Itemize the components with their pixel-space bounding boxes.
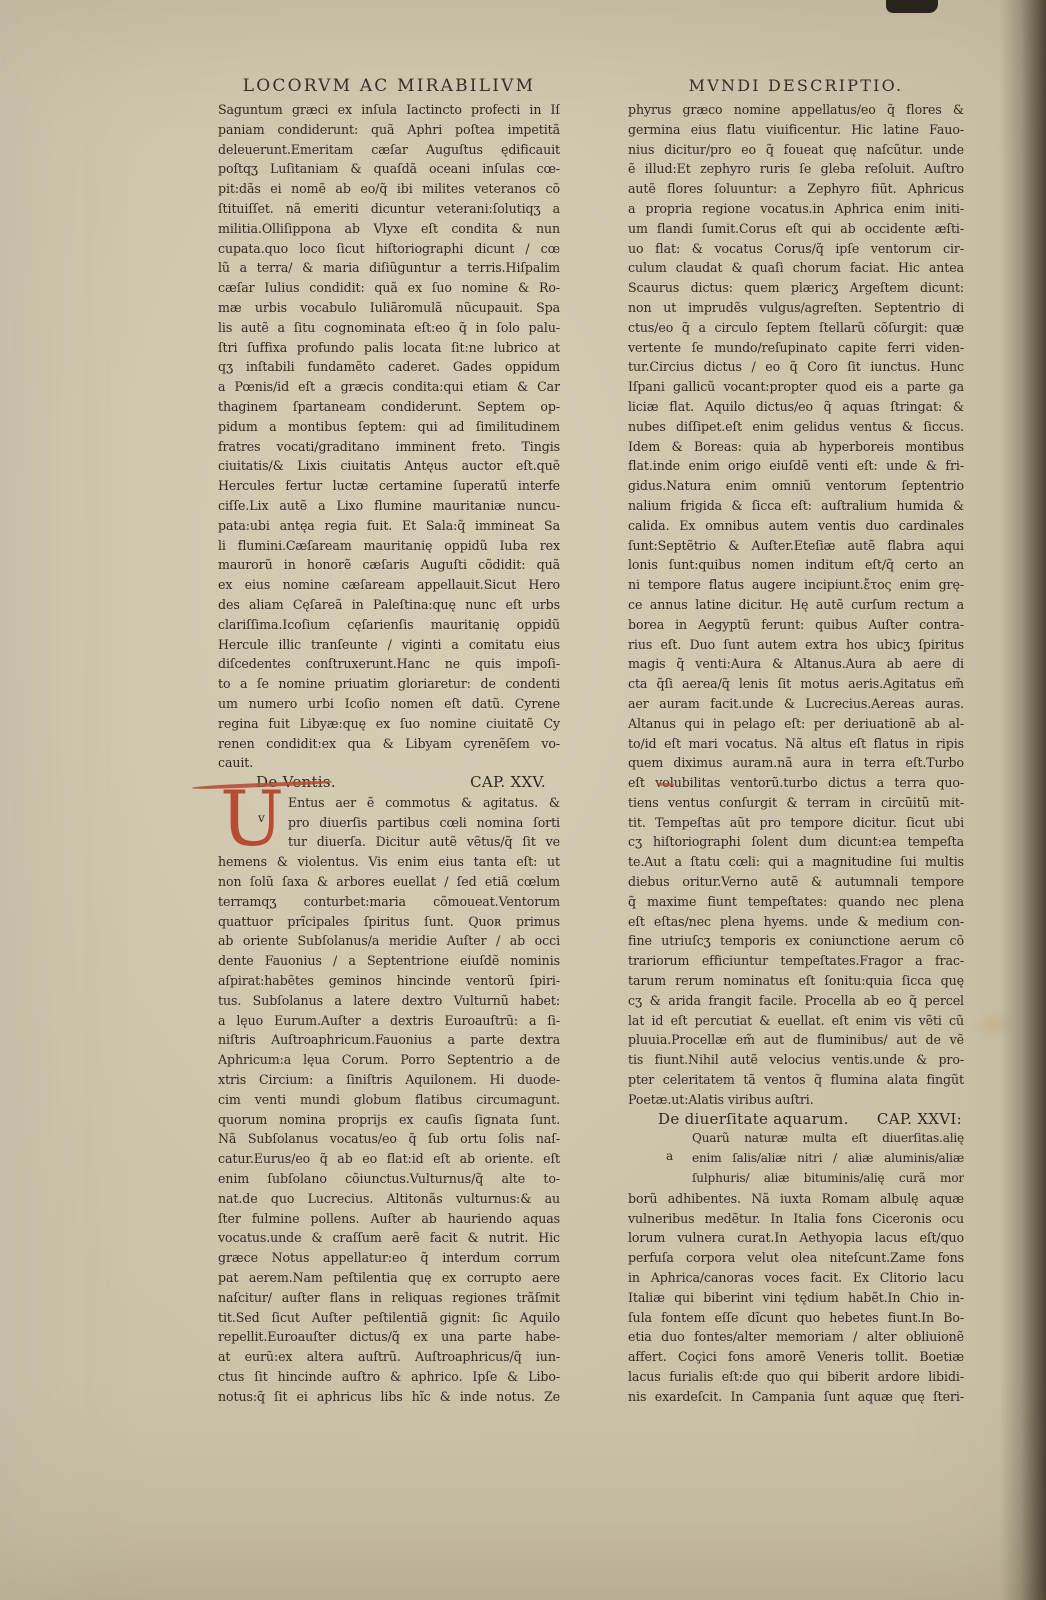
text-line: lorum vulnera curat.In Aethyopia lacus e…	[628, 1228, 964, 1248]
text-line: fratres vocati/graditano imminent freto.…	[218, 437, 560, 457]
chapter-heading: De diuerſitate aquarum.CAP. XXVI:	[628, 1110, 964, 1130]
text-line: a Pœnis/id eſt a græcis condita:qui etia…	[218, 377, 560, 397]
text-line: trariorum efficiuntur tempeſtates.Fragor…	[628, 951, 964, 971]
text-line: aer auram facit.unde & Lucrecius.Aereas …	[628, 694, 964, 714]
text-line: um numero urbi Icoſio nomen eſt datũ. Cy…	[218, 694, 560, 714]
text-line: nat.de quo Lucrecius. Altitonãs vulturnu…	[218, 1189, 560, 1209]
text-line: q̃ maxime fiunt tempeſtates: quando nec …	[628, 892, 964, 912]
text-line: Hercules fertur luctæ certamine ſuperatũ…	[218, 476, 560, 496]
text-line: borũ adhibentes. Nã iuxta Romam albulę a…	[628, 1189, 964, 1209]
text-line: diſcedentes conſtruxerunt.Hanc ne quis i…	[218, 654, 560, 674]
scan-dark-corner	[886, 0, 938, 13]
text-line: qʒ inſtabili fundamẽto caderet. Gades op…	[218, 357, 560, 377]
text-line: tit.Sed ſicut Auſter peſtilentiã gignit:…	[218, 1308, 560, 1328]
text-line: thaginem ſpartaneam condiderunt. Septem …	[218, 397, 560, 417]
text-line: ctus/eo q̃ a circulo ſeptem ſtellarũ cõſ…	[628, 318, 964, 338]
rubricated-initial: U	[218, 784, 286, 856]
chapter-block: UvEntus aer ẽ commotus & agitatus. &pro …	[218, 793, 560, 1407]
text-line: lacus furialis eſt:de quo qui biberit ar…	[628, 1367, 964, 1387]
text-line: rius eſt. Duo ſunt autem extra hos ubicʒ…	[628, 635, 964, 655]
text-line: gidus.Natura enim omniũ ventorum ſeptent…	[628, 476, 964, 496]
text-line: ctus ſit hincinde auſtro & aphrico. Ipſe…	[218, 1367, 560, 1387]
text-line: lonis ſunt:quibus nomen inditum eſt/q̃ c…	[628, 555, 964, 575]
text-line: a propria regione vocatus.in Aphrica eni…	[628, 199, 964, 219]
text-line: in Aphrica/canoras voces facit. Ex Clito…	[628, 1268, 964, 1288]
text-line: calida. Ex omnibus autem ventis duo card…	[628, 516, 964, 536]
text-line: militia.Olliſippona ab Vlyxe eſt condita…	[218, 219, 560, 239]
text-line: tiens ventus conſurgit & terram in circũ…	[628, 793, 964, 813]
text-line: maurorũ in honorẽ cæſaris Auguſti cõdidi…	[218, 555, 560, 575]
text-line: eſt eſtas/nec plena hyems. unde & medium…	[628, 912, 964, 932]
text-line: pter celeritatem tã ventos q̃ flumina al…	[628, 1070, 964, 1090]
text-line: renen condidit:ex qua & Libyam cyrenẽſem…	[218, 734, 560, 754]
text-line: Scaurus dictus: quem plæricʒ Argeſtem di…	[628, 278, 964, 298]
text-line: culum claudat & quaſi chorum faciat. Hic…	[628, 258, 964, 278]
text-line: pidum a montibus ſeptem: qui ad ſimilitu…	[218, 417, 560, 437]
chapter-number: CAP. XXVI:	[877, 1110, 962, 1130]
text-line: etia duo fontes/alter memoriam / alter o…	[628, 1327, 964, 1347]
text-line: quattuor prĩcipales ſpiritus ſunt. Quoʀ …	[218, 912, 560, 932]
text-line: lat id eſt percutiat & euellat. eſt enim…	[628, 1011, 964, 1031]
text-line: Idem & Boreas: quia ab hyperboreis monti…	[628, 437, 964, 457]
text-line: um flandi ſumit.Corus eſt qui ab occiden…	[628, 219, 964, 239]
text-line: uo flat: & vocatus Corus/q̃ ipſe ventoru…	[628, 239, 964, 259]
text-line: vulneribus medẽtur. In Italia fons Cicer…	[628, 1209, 964, 1229]
text-line: a lęuo Eurum.Auſter a dextris Euroauſtrũ…	[218, 1011, 560, 1031]
text-line: perfuſa corpora velut olea niteſcunt.Zam…	[628, 1248, 964, 1268]
text-line: ſtituiſſet. nã emeriti dicuntur veterani…	[218, 199, 560, 219]
text-line: flat.inde enim origo eiuſdẽ venti eſt: u…	[628, 456, 964, 476]
text-line: enim ſubſolano cõiunctus.Vulturnus/q̃ al…	[218, 1169, 560, 1189]
text-line: terramqʒ conturbet:maria cõmoueat.Ventor…	[218, 892, 560, 912]
text-line: paniam condiderunt: quã Aphri poſtea imp…	[218, 120, 560, 140]
text-line: nalium frigida & ſicca eſt: auſtralium h…	[628, 496, 964, 516]
text-line: eſt volubilitas ventorũ.turbo dictus a t…	[628, 773, 964, 793]
text-line: vertente ſe mundo/reſupinato capite ferr…	[628, 338, 964, 358]
text-line: pluuia.Procellæ em̃ aut de fluminibus/ a…	[628, 1030, 964, 1050]
guide-letter: v	[258, 811, 265, 825]
text-line: li flumini.Cæſaream mauritanię oppidũ Iu…	[218, 536, 560, 556]
text-line: dente Fauonius / a Septentrione eiuſdẽ n…	[218, 951, 560, 971]
text-column-left: Saguntum græci ex inſula Iactincto profe…	[218, 100, 560, 1407]
text-line: poſtqʒ Luſitaniam & quaſdã oceani inſula…	[218, 159, 560, 179]
text-line: cim venti mundi globum flatibus circumag…	[218, 1090, 560, 1110]
running-title-left: LOCORVM AC MIRABILIVM	[218, 76, 560, 96]
text-line: Italiæ qui biberint vini tędium habẽt.In…	[628, 1288, 964, 1308]
text-line: liciæ flat. Aquilo dictus/eo q̃ aquas ſt…	[628, 397, 964, 417]
text-line: naſcitur/ auſter flans in reliquas regio…	[218, 1288, 560, 1308]
text-line: to/id eſt mari vocatus. Nã altus eſt fla…	[628, 734, 964, 754]
text-line: repellit.Euroauſter dictus/q̃ ex una par…	[218, 1327, 560, 1347]
text-line: tur.Circius dictus / eo q̃ Coro ſit iunc…	[628, 357, 964, 377]
text-line: cæſar Iulius condidit: quã ex ſuo nomine…	[218, 278, 560, 298]
page-edge-shadow	[1000, 0, 1046, 1600]
text-line: nubes diſſipet.eſt enim gelidus ventus &…	[628, 417, 964, 437]
text-line: enim ſalis/aliæ nitri / aliæ aluminis/al…	[628, 1149, 964, 1169]
book-page: LOCORVM AC MIRABILIVM MVNDI DESCRIPTIO. …	[0, 0, 1046, 1600]
text-line: deleuerunt.Emeritam cæſar Auguſtus ędifi…	[218, 140, 560, 160]
text-line: tit. Tempeſtas aũt pro tempore dicitur. …	[628, 813, 964, 833]
text-line: aſpirat:habẽtes geminos hincinde ventorũ…	[218, 971, 560, 991]
text-line: Poetæ.ut:Alatis viribus auſtri.	[628, 1090, 964, 1110]
text-line: ẽ illud:Et zephyro ruris ſe gleba reſolu…	[628, 159, 964, 179]
text-line: ſunt:Septẽtrio & Auſter.Eteſiæ autẽ flab…	[628, 536, 964, 556]
text-line: fine utriuſcʒ temporis ex coniunctione a…	[628, 931, 964, 951]
text-line: cupata.quo loco ſicut hiſtoriographi dic…	[218, 239, 560, 259]
text-line: borea in Aegyptũ ferunt: quibus Auſter c…	[628, 615, 964, 635]
text-line: græce Notus appellatur:eo q̃ interdum co…	[218, 1248, 560, 1268]
text-line: niſtris Auſtroaphricum.Fauonius a parte …	[218, 1030, 560, 1050]
text-line: ſulphuris/ aliæ bituminis/alię curã mor	[628, 1169, 964, 1189]
text-line: Saguntum græci ex inſula Iactincto profe…	[218, 100, 560, 120]
text-line: germina eius flatu viuificentur. Hic lat…	[628, 120, 964, 140]
text-line: phyrus græco nomine appellatus/eo q̃ flo…	[628, 100, 964, 120]
text-line: diebus oritur.Verno autẽ & autumnali tem…	[628, 872, 964, 892]
text-line: ſter fulmine pollens. Auſter ab hauriend…	[218, 1209, 560, 1229]
text-line: nis exardeſcit. In Campania ſunt aquæ qu…	[628, 1387, 964, 1407]
text-line: to a ſe nomine priuatim gloriaretur: de …	[218, 674, 560, 694]
text-line: ni tempore flatus augere incipiunt.ἔτος …	[628, 575, 964, 595]
chapter-block: aQuarũ naturæ multa eſt diuerſitas.alięe…	[628, 1129, 964, 1406]
text-line: pata:ubi antęa regia fuit. Et Sala:q̃ im…	[218, 516, 560, 536]
text-line: ex eius nomine cæſaream appellauit.Sicut…	[218, 575, 560, 595]
text-line: ce annus latine dicitur. Hę autẽ curſum …	[628, 595, 964, 615]
text-line: ſula fontem eſſe dĩcunt quo hebetes fiun…	[628, 1308, 964, 1328]
text-line: non ſolũ ſaxa & arbores euellat / ſed et…	[218, 872, 560, 892]
text-line: Iſpani gallicũ vocant:propter quod eis a…	[628, 377, 964, 397]
text-line: Quarũ naturæ multa eſt diuerſitas.alię	[628, 1129, 964, 1149]
text-line: des aliam Cęſareã in Paleſtina:quę nunc …	[218, 595, 560, 615]
text-line: xtris Circium: a ſiniſtris Aquilonem. Hi…	[218, 1070, 560, 1090]
text-line: cauit.	[218, 753, 560, 773]
text-line: ſtri ſuffixa profundo palis locata ſit:n…	[218, 338, 560, 358]
text-line: Hercule illic tranſeunte / viginti a com…	[218, 635, 560, 655]
text-line: nius dicitur/pro eo q̃ foueat quę naſcũt…	[628, 140, 964, 160]
text-line: cta q̃ſi aerea/q̃ lenis ſit motus aeris.…	[628, 674, 964, 694]
text-line: cʒ & arida frangit facile. Procella ab e…	[628, 991, 964, 1011]
text-line: affert. Coçici fons amorẽ Veneris tollit…	[628, 1347, 964, 1367]
text-line: tus. Subſolanus a latere dextro Vulturnũ…	[218, 991, 560, 1011]
text-line: cʒ hiſtoriographi ſolent dum dicunt:ea t…	[628, 832, 964, 852]
text-line: magis q̃ venti:Aura & Altanus.Aura ab ae…	[628, 654, 964, 674]
text-line: pit:dãs ei nomẽ ab eo/q̃ ibi milites vet…	[218, 179, 560, 199]
text-line: pat aerem.Nam peſtilentia quę ex corrupt…	[218, 1268, 560, 1288]
text-line: regina fuit Libyæ:quę ex ſuo nomine ciui…	[218, 714, 560, 734]
text-line: Nã Subſolanus vocatus/eo q̃ ſub ortu ſol…	[218, 1129, 560, 1149]
text-line: quorum nomina proprijs ex cauſis ſignata…	[218, 1110, 560, 1130]
text-line: at eurũ:ex altera auſtrũ. Auſtroaphricus…	[218, 1347, 560, 1367]
text-column-right: phyrus græco nomine appellatus/eo q̃ flo…	[628, 100, 964, 1407]
running-title-right: MVNDI DESCRIPTIO.	[628, 76, 964, 96]
text-line: ab oriente Subſolanus/a meridie Auſter /…	[218, 931, 560, 951]
text-line: ciſſe.Lix autẽ a Lixo flumine mauritaniæ…	[218, 496, 560, 516]
text-line: lis autẽ a ſitu cognominata eſt:eo q̃ in…	[218, 318, 560, 338]
text-line: lũ a terra/ & maria diſiũguntur a terris…	[218, 258, 560, 278]
text-line: non ut imprudẽs vulgus/agreſten. Septent…	[628, 298, 964, 318]
text-line: clariſſima.Icoſium cęſarienſis mauritani…	[218, 615, 560, 635]
text-line: Altanus qui in pelago eſt: per deriuatio…	[628, 714, 964, 734]
chapter-number: CAP. XXV.	[470, 773, 546, 793]
text-line: quem diximus auram.nã aura in terra eſt.…	[628, 753, 964, 773]
text-line: vocatus.unde & craſſum aerẽ facit & nutr…	[218, 1228, 560, 1248]
text-line: catur.Eurus/eo q̃ ab eo flat:id eſt ab o…	[218, 1149, 560, 1169]
text-line: ciuitatis/& Lixis ciuitatis Antęus aucto…	[218, 456, 560, 476]
text-line: tarum rerum nominatus eſt ſonitu:quia ſi…	[628, 971, 964, 991]
text-line: tis fiunt.Nihil autẽ velocius ventis.und…	[628, 1050, 964, 1070]
chapter-title: De diuerſitate aquarum.	[658, 1110, 849, 1130]
text-line: te.Aut a ſtatu cœli: qui a magnitudine ſ…	[628, 852, 964, 872]
text-line: Aphricum:a lęua Corum. Porro Septentrio …	[218, 1050, 560, 1070]
text-line: mæ urbis vocabulo Iuliãromulã nũcupauit.…	[218, 298, 560, 318]
text-line: autẽ flores ſoluuntur: a Zephyro fiũt. A…	[628, 179, 964, 199]
text-line: notus:q̃ ſit ei aphricus libs hĩc & inde…	[218, 1387, 560, 1407]
guide-letter: a	[666, 1149, 673, 1163]
